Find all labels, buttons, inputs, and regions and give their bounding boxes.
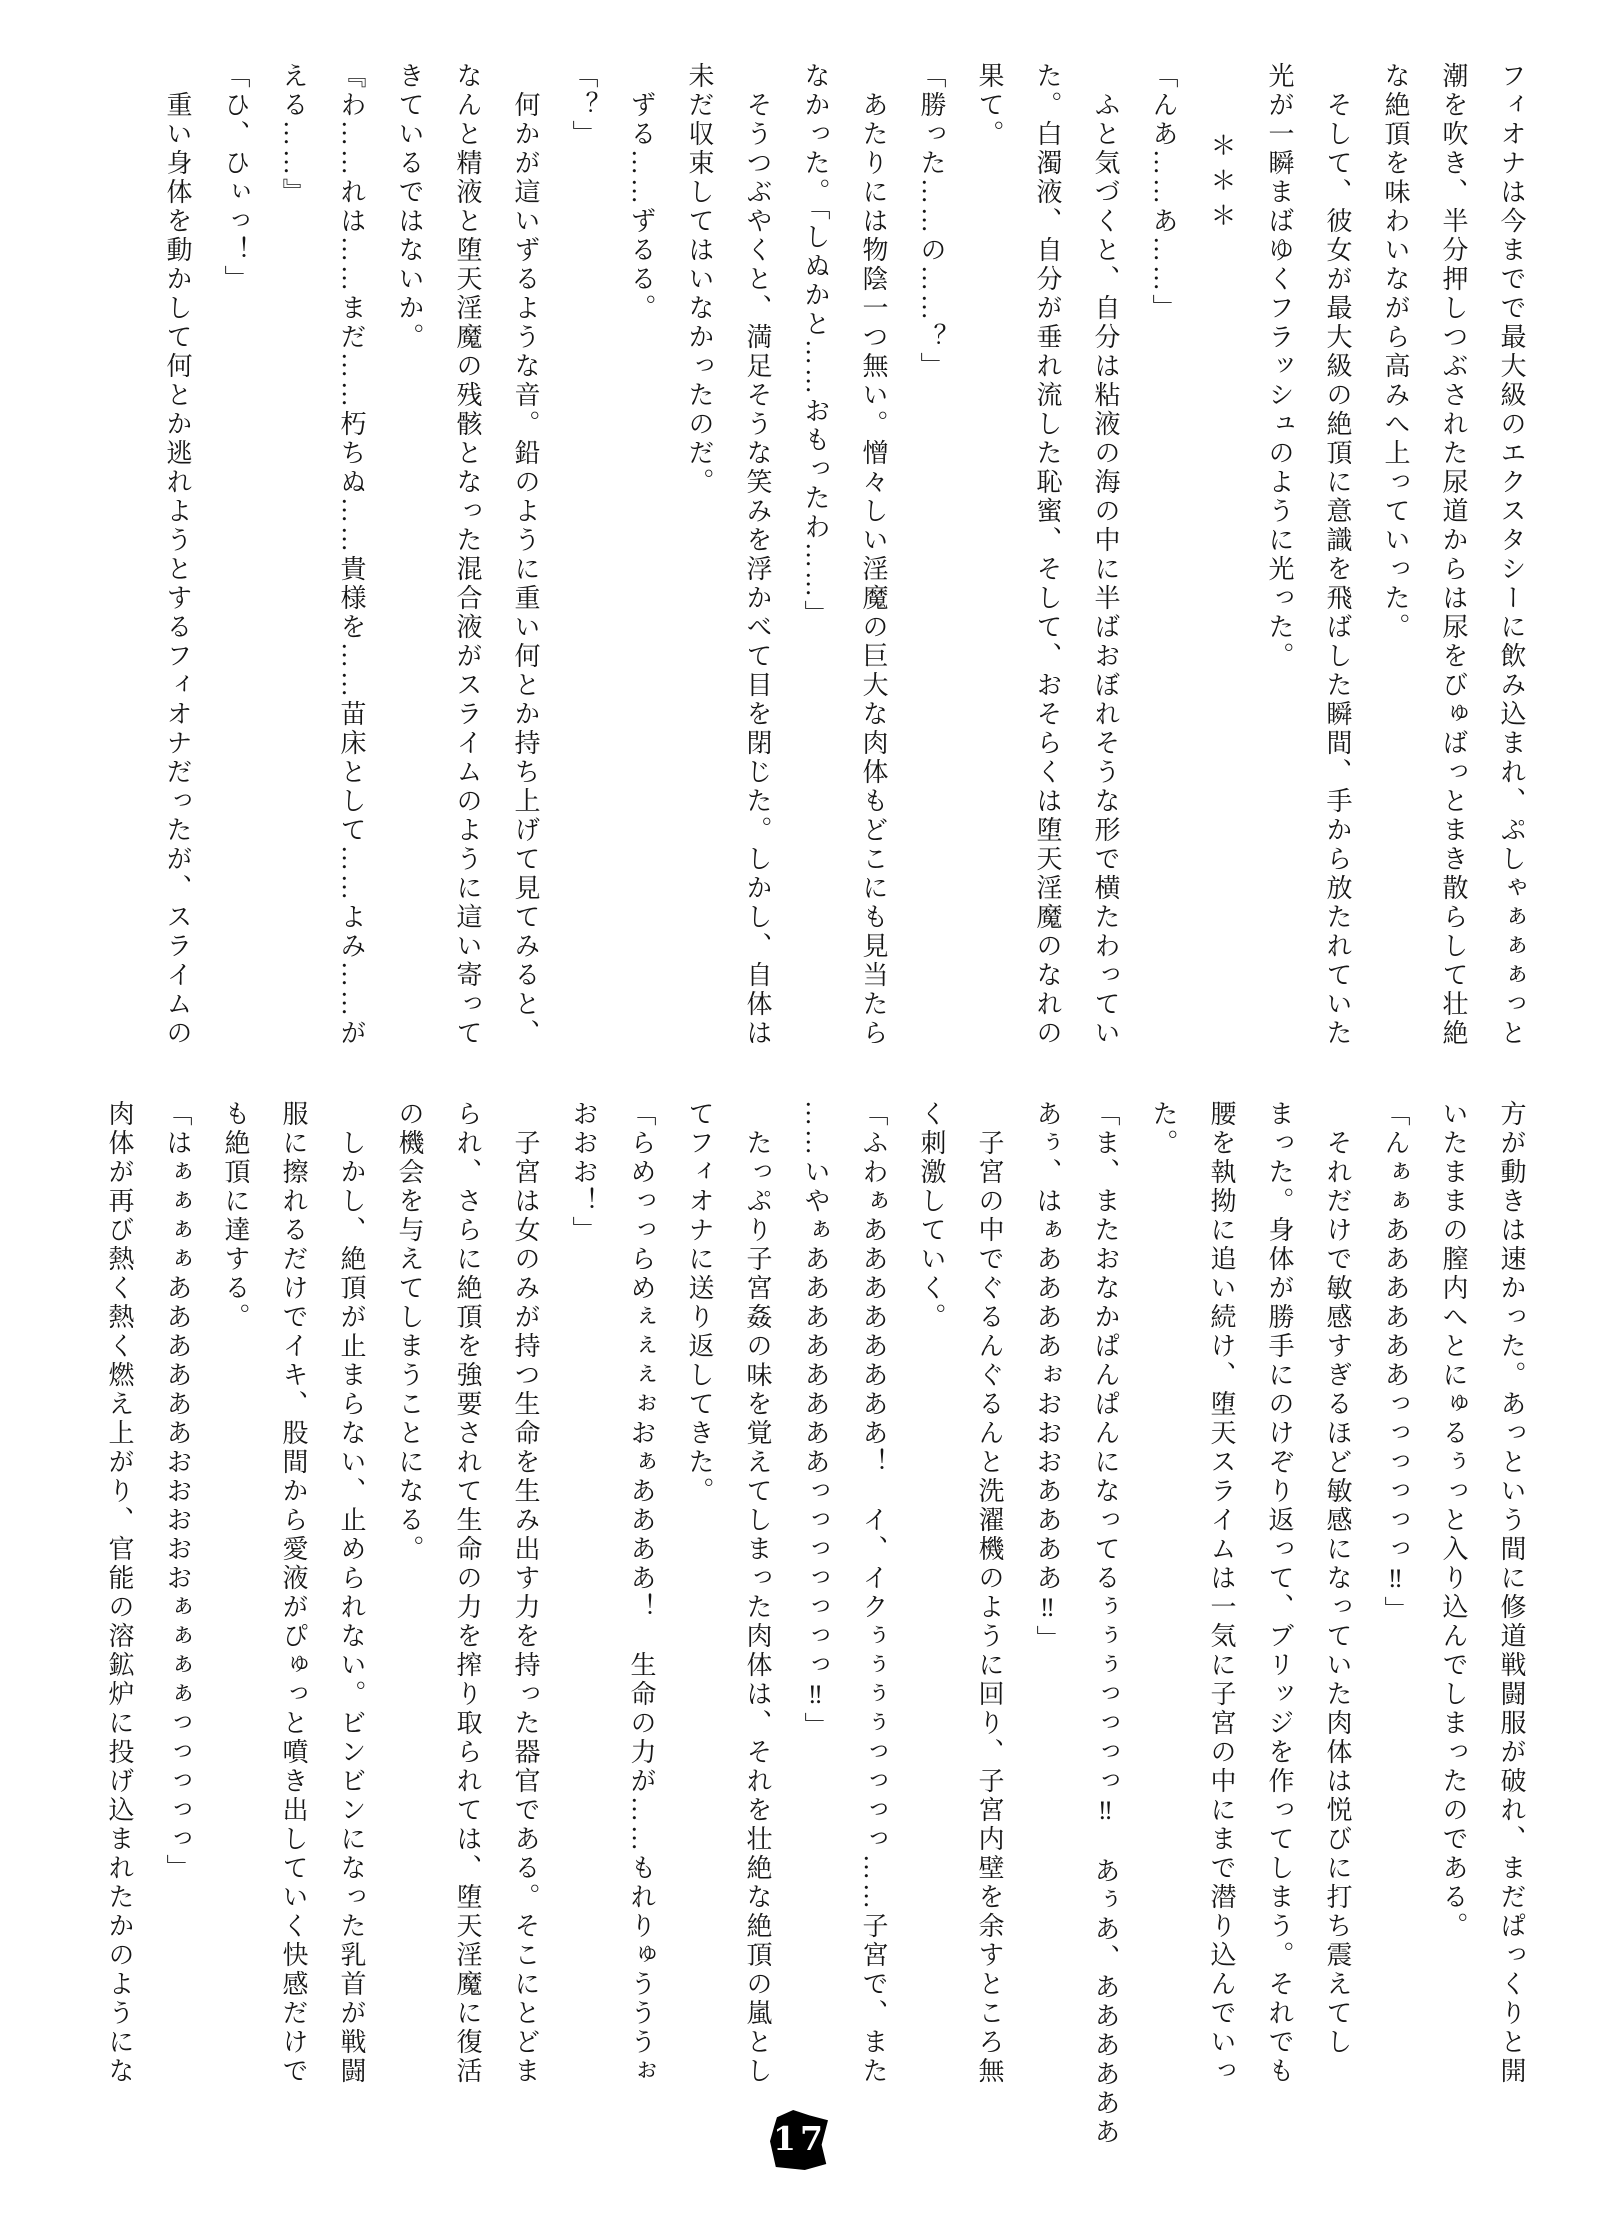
text-line: 潮を吹き、半分押しつぶされた尿道からは尿をびゅばっとまき散らして壮絶: [1424, 62, 1482, 1072]
text-line: しかし、絶頂が止まらない、止められない。ビンビンになった乳首が戦闘: [322, 1100, 380, 2110]
text-line: える……』: [264, 62, 322, 1072]
text-line: 光が一瞬まばゆくフラッシュのように光った。: [1250, 62, 1308, 1072]
text-line: きているではないか。: [380, 62, 438, 1072]
bottom-text-block: 方が動きは速かった。あっという間に修道戦闘服が破れ、まだぱっくりと開 いたままの…: [90, 1100, 1540, 2110]
text-line: 「はぁぁぁぁああああああおおおおおぁぁぁぁっっっっっ」: [148, 1100, 206, 2110]
text-line: あぅ、はぁああああぉおおおああああ‼」: [1018, 1100, 1076, 2110]
page-number: 17: [773, 2119, 827, 2158]
text-line: 方が動きは速かった。あっという間に修道戦闘服が破れ、まだぱっくりと開: [1482, 1100, 1540, 2110]
text-line: 果て。: [960, 62, 1018, 1072]
text-line: 「らめっっらめぇぇぇぉおぁああああ！ 生命の力が……もれりゅうううぉ: [612, 1100, 670, 2110]
text-line: 腰を執拗に追い続け、堕天スライムは一気に子宮の中にまで潜り込んでいっ: [1192, 1100, 1250, 2110]
text-line: の機会を与えてしまうことになる。: [380, 1100, 438, 2110]
text-line: たっぷり子宮姦の味を覚えてしまった肉体は、それを壮絶な絶頂の嵐とし: [728, 1100, 786, 2110]
text-line: 服に擦れるだけでイキ、股間から愛液がぴゅっと噴き出していく快感だけで: [264, 1100, 322, 2110]
text-line: 子宮は女のみが持つ生命を生み出す力を持った器官である。そこにとどま: [496, 1100, 554, 2110]
text-line: 肉体が再び熱く熱く燃え上がり、官能の溶鉱炉に投げ込まれたかのようにな: [90, 1100, 148, 2110]
text-line: まった。身体が勝手にのけぞり返って、ブリッジを作ってしまう。それでも: [1250, 1100, 1308, 2110]
text-line: 子宮の中でぐるんぐるんと洗濯機のように回り、子宮内壁を余すところ無: [960, 1100, 1018, 2110]
text-line: ……いやぁああああああああっっっっっっっ‼」: [786, 1100, 844, 2110]
text-line: いたままの膣内へとにゅるぅっと入り込んでしまったのである。: [1424, 1100, 1482, 2110]
text-line: ふと気づくと、自分は粘液の海の中に半ばおぼれそうな形で横たわってい: [1076, 62, 1134, 1072]
text-line: そうつぶやくと、満足そうな笑みを浮かべて目を閉じた。しかし、自体は: [728, 62, 786, 1072]
text-line: た。: [1134, 1100, 1192, 2110]
text-line: た。白濁液、自分が垂れ流した恥蜜、そして、おそらくは堕天淫魔のなれの: [1018, 62, 1076, 1072]
text-line: 「ひ、ひぃっ！」: [206, 62, 264, 1072]
text-line: 「んぁぁああああああっっっっっっ‼」: [1366, 1100, 1424, 2110]
text-line: 「勝った……の……？」: [902, 62, 960, 1072]
text-line: ずる……ずるる。: [612, 62, 670, 1072]
text-line: 「？」: [554, 62, 612, 1072]
text-line: 重い身体を動かして何とか逃れようとするフィオナだったが、スライムの: [148, 62, 206, 1072]
text-line: あたりには物陰一つ無い。憎々しい淫魔の巨大な肉体もどこにも見当たら: [844, 62, 902, 1072]
text-line: フィオナは今までで最大級のエクスタシーに飲み込まれ、ぷしゃぁぁぁっと: [1482, 62, 1540, 1072]
text-line: も絶頂に達する。: [206, 1100, 264, 2110]
text-line: く刺激していく。: [902, 1100, 960, 2110]
top-text-block: フィオナは今までで最大級のエクスタシーに飲み込まれ、ぷしゃぁぁぁっと 潮を吹き、…: [148, 62, 1540, 1072]
text-line: おおお！」: [554, 1100, 612, 2110]
text-line: 「ふわぁああああああああ！ イ、イクぅぅぅぅっっっっ……子宮で、また: [844, 1100, 902, 2110]
page-number-badge: 17: [770, 2110, 828, 2170]
novel-page: フィオナは今までで最大級のエクスタシーに飲み込まれ、ぷしゃぁぁぁっと 潮を吹き、…: [0, 0, 1600, 2238]
text-line: なかった。「しぬかと……おもったわ……」: [786, 62, 844, 1072]
text-line: られ、さらに絶頂を強要されて生命の力を搾り取られては、堕天淫魔に復活: [438, 1100, 496, 2110]
text-line: 未だ収束してはいなかったのだ。: [670, 62, 728, 1072]
text-line: そして、彼女が最大級の絶頂に意識を飛ばした瞬間、手から放たれていた: [1308, 62, 1366, 1072]
text-line: 『わ……れは……まだ……朽ちぬ……貴様を……苗床として……よみ……が: [322, 62, 380, 1072]
section-separator: ＊＊＊: [1192, 62, 1250, 1072]
text-line: てフィオナに送り返してきた。: [670, 1100, 728, 2110]
text-line: なんと精液と堕天淫魔の残骸となった混合液がスライムのように這い寄って: [438, 62, 496, 1072]
text-line: それだけで敏感すぎるほど敏感になっていた肉体は悦びに打ち震えてし: [1308, 1100, 1366, 2110]
text-line: 「ま、またおなかぱんぱんになってるぅぅぅっっっっ‼ あぅあ、ああああああ: [1076, 1100, 1134, 2110]
text-line: 「んあ……あ……」: [1134, 62, 1192, 1072]
text-line: 何かが這いずるような音。鉛のように重い何とか持ち上げて見てみると、: [496, 62, 554, 1072]
text-line: な絶頂を味わいながら高みへ上っていった。: [1366, 62, 1424, 1072]
